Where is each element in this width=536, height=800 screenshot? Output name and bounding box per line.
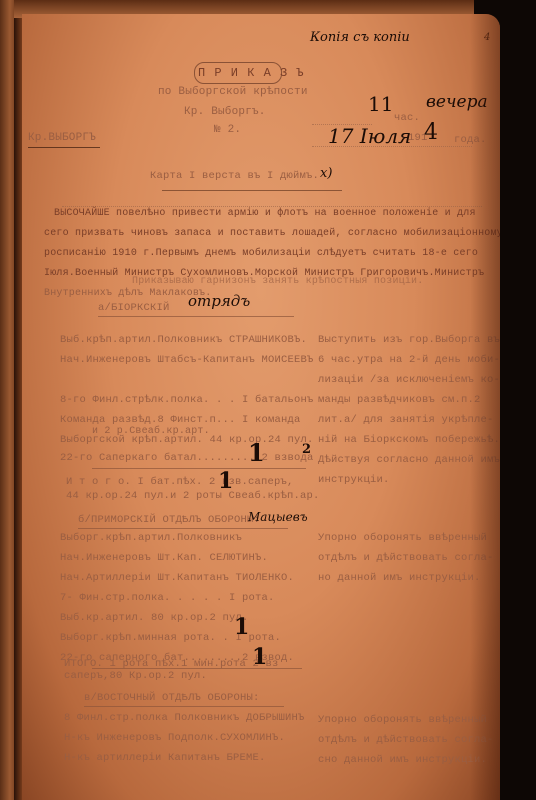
section-a-right-line-6: ній на Біоркскомъ побережьѣ.: [318, 434, 500, 446]
section-a-total-rule: [92, 468, 306, 469]
order-subtitle-city: Кр. Выборгъ.: [184, 106, 266, 118]
section-b-heading: б/ПРИМОРСКІЙ ОТДѢЛЪ ОБОРОНЫ:: [78, 514, 260, 526]
section-a-right-line-3: лизаціи /за исключеніемъ ко-: [318, 374, 500, 386]
evening-handwritten: вечера: [426, 92, 488, 112]
section-b-heading-underline: [78, 528, 288, 529]
section-a-total-handwritten: 1: [218, 468, 233, 494]
preamble-line-5: Внутреннихъ дѣлъ Маклаковъ.: [44, 288, 211, 299]
section-b-handwritten-1: 1: [234, 614, 249, 640]
section-v-left-line-3: Н-къ артиллеріи Капитанъ БРЕМЕ.: [64, 752, 266, 764]
section-v-right-line-2: отдѣлъ и дѣйствовать согла-: [318, 734, 494, 746]
section-b-left-line-4: 7- Фин.стр.полка. . . . . I рота.: [60, 592, 275, 604]
section-a-total-line-2: 44 кр.ор.24 пул.и 2 роты Свеаб.крѣп.ар.: [66, 490, 320, 502]
year-suffix: года.: [454, 134, 487, 146]
date-handwritten: 17 Іюля: [328, 124, 411, 148]
section-a-handwritten-2: 2: [302, 442, 311, 457]
section-a-handwritten-1: 1: [248, 438, 265, 467]
section-v-right-line-1: Упорно оборонять ввѣренный: [318, 714, 487, 726]
section-b-right-line-1: Упорно оборонять ввѣренный: [318, 532, 487, 544]
section-a-left-line-8: 22-го Саперкаго батал..........2 взвода: [60, 452, 314, 464]
section-a-right-line-4: манды развѣдчиковъ см.п.2: [318, 394, 481, 406]
section-b-left-line-5: Выб.кр.артил. 80 кр.ор.2 пул.: [60, 612, 249, 624]
section-b-left-line-3: Нач.Артиллеріи Шт.Капитанъ ТИОЛЕНКО.: [60, 572, 294, 584]
section-b-handwritten-name: Мацыевъ: [248, 510, 308, 524]
year-handwritten: 4: [424, 120, 438, 145]
section-a-left-line-4: 8-го Финл.стрѣлк.полка. . . I батальонъ: [60, 394, 314, 406]
map-note: Карта I верста въ I дюймъ.: [150, 170, 319, 182]
margin-note-copy: Копія съ копіи: [310, 30, 410, 45]
section-a-left-line-7: и 2 р.Свеаб.кр.арт.: [92, 426, 210, 437]
section-a-heading: а/БІОРКСКІЙ: [98, 302, 170, 314]
preamble-dotted-rule: [62, 206, 482, 207]
section-a-left-line-2: Нач.Инженеровъ Штабсъ-Капитанъ МОИСЕЕВЪ: [60, 354, 314, 366]
document-page: Копія съ копіи 4 П Р И К А З Ъ по Выборг…: [22, 14, 500, 800]
section-v-left-line-1: 8 Финл.стр.полка Полковникъ ДОБРЫШИНЪ: [64, 712, 305, 724]
section-b-right-line-2: отдѣлъ и дѣйствовать согла-: [318, 552, 494, 564]
section-v-left-line-2: Н-къ Инженеровъ Подполк.СУХОМЛИНЪ.: [64, 732, 285, 744]
section-a-left-line-1: Выб.крѣп.артил.Полковникъ СТРАШНИКОВЪ.: [60, 334, 307, 346]
preamble-line-2: сего призвать чиновъ запаса и поставить …: [44, 228, 500, 239]
time-label: час.: [394, 112, 420, 124]
preamble-line-3: росписанію 1910 г.Первымъ днемъ мобилиза…: [44, 248, 478, 259]
section-b-total-handwritten: 1: [252, 644, 267, 670]
section-v-heading-underline: [84, 706, 284, 707]
order-subtitle-fortress: по Выборгской крѣпости: [158, 86, 308, 98]
section-a-right-line-2: 6 час.утра на 2-й день моби-: [318, 354, 500, 366]
section-b-total-line-2: саперъ,80 Кр.ор.2 пул.: [64, 670, 207, 682]
page-number-mark: 4: [484, 32, 490, 43]
section-b-right-line-3: но данной имъ инструкціи.: [318, 572, 481, 584]
section-v-heading: в/ВОСТОЧНЫЙ ОТДѢЛЪ ОБОРОНЫ:: [84, 692, 260, 704]
preamble-overlay-line: Приказываю гарнизонъ занять крѣпостныя п…: [132, 276, 423, 287]
map-note-underline: [162, 190, 342, 191]
section-a-right-line-8: инструкціи.: [318, 474, 390, 486]
section-v-right-line-3: сно данной имъ инструкціи.: [318, 754, 487, 766]
section-a-heading-underline: [98, 316, 294, 317]
section-a-right-line-1: Выступить изъ гор.Выборга въ: [318, 334, 500, 346]
section-a-right-line-7: Дѣйствуя согласно данной имъ: [318, 454, 500, 466]
preamble-line-1: ВЫСОЧАЙШЕ повелѣно привести армію и флот…: [54, 208, 476, 219]
order-number: № 2.: [214, 124, 241, 136]
place-label: Кр.ВЫБОРГЪ: [28, 132, 96, 144]
map-note-mark: х): [320, 166, 332, 181]
section-b-total-line-1: ИТОГО. 1 рота пѣх.1 мин.рота 2 вз: [64, 658, 279, 670]
order-title: П Р И К А З Ъ: [198, 66, 305, 80]
section-a-left-line-5: Команда развѣд.8 Финст.п... I команда: [60, 414, 301, 426]
section-b-left-line-2: Нач.Инженеровъ Шт.Кап. СЕЛЮТИНЪ.: [60, 552, 268, 564]
time-handwritten: 11: [368, 92, 393, 116]
section-a-heading-handwritten: отрядъ: [188, 292, 250, 310]
place-underline: [28, 147, 100, 148]
section-a-right-line-5: лит.а/ для занятія укрѣпле-: [318, 414, 494, 426]
section-a-total-line-1: И т о г о. I бат.пѣх. 2 взв.саперъ,: [66, 476, 294, 488]
section-b-left-line-1: Выборг.крѣп.артил.Полковникъ: [60, 532, 242, 544]
